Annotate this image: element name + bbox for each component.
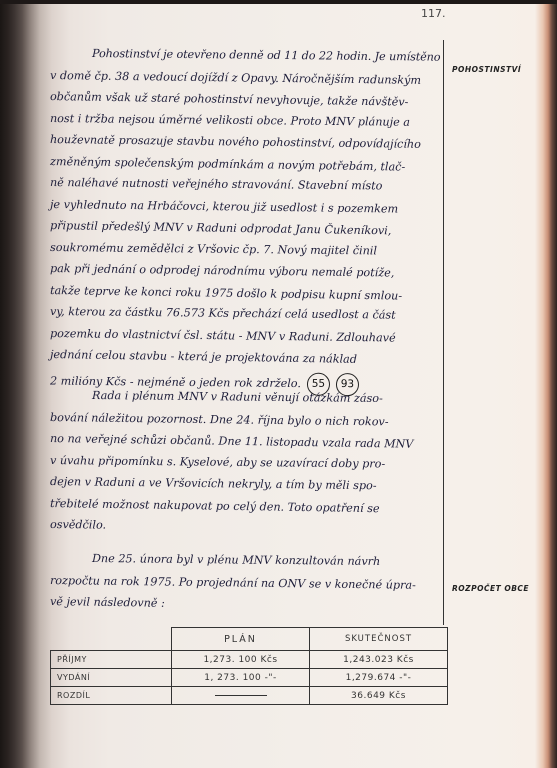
handwritten-line: vě jevil následovně : [50,595,165,610]
header-blank [51,628,172,651]
handwritten-line: pozemku do vlastnictví čsl. státu - MNV … [50,327,396,345]
row-label: ROZDÍL [51,687,172,705]
handwritten-line: houževnatě prosazuje stavbu nového pohos… [50,133,421,151]
handwritten-line: rozpočtu na rok 1975. Po projednání na O… [50,574,416,592]
handwritten-line: v úvahu připomínku s. Kyselové, aby se u… [50,454,385,471]
handwritten-line: jednání celou stavbu - která je projekto… [50,348,357,366]
margin-note-rozpocet: ROZPOČET OBCE [452,584,529,593]
table-row: ROZDÍL 36.649 Kčs [51,687,448,705]
row-label: VYDÁNÍ [51,669,172,687]
table-row: VYDÁNÍ 1, 273. 100 -"- 1,279.674 -"- [51,669,448,687]
margin-note-pohostinstvi: POHOSTINSTVÍ [452,65,521,74]
handwritten-line: soukromému zemědělci z Vršovic čp. 7. No… [50,241,377,257]
dash-line [215,695,267,696]
budget-header-row: PLÁN SKUTEČNOST [51,628,448,651]
handwritten-line: je vyhlednuto na Hrbáčovci, kterou již u… [50,198,398,216]
handwritten-line: osvědčilo. [50,518,106,532]
handwritten-line: Pohostinství je otevřeno denně od 11 do … [92,47,441,64]
table-row: PŘÍJMY 1,273. 100 Kčs 1,243.023 Kčs [51,651,448,669]
handwritten-line: Rada i plénum MNV v Raduni věnují otázká… [92,389,383,405]
handwritten-line: no na veřejné schůzi občanů. Dne 11. lis… [50,432,414,451]
handwritten-line: třebitelé možnost nakupovat po celý den.… [50,497,380,515]
handwritten-line: dejen v Raduni a ve Vršovicích nekryly, … [50,475,377,492]
handwritten-line: takže teprve ke konci roku 1975 došlo k … [50,284,402,303]
header-actual: SKUTEČNOST [310,628,448,651]
row-plan-empty [172,687,310,705]
handwritten-line: pak při jednání o odprodej národnímu výb… [50,262,394,280]
handwritten-line: vy, kterou za částku 76.573 Kčs přechází… [50,305,396,322]
handwritten-line: připustil předešlý MNV v Raduni odprodat… [50,219,392,237]
row-plan: 1,273. 100 Kčs [172,651,310,669]
handwritten-line: Dne 25. února byl v plénu MNV konzultová… [92,552,380,568]
margin-rule [443,40,444,625]
handwritten-line: změněným společenským podmínkám a novým … [50,155,405,174]
row-label: PŘÍJMY [51,651,172,669]
row-actual: 1,243.023 Kčs [310,651,448,669]
handwritten-line: v domě čp. 38 a vedoucí dojíždí z Opavy.… [50,69,421,87]
handwritten-line: ně naléhavé nutnosti veřejného stravován… [50,176,382,192]
handwritten-line: bování náležitou pozornost. Dne 24. říjn… [50,411,389,428]
row-actual: 36.649 Kčs [310,687,448,705]
page-number: 117. [421,7,446,20]
handwritten-line: občanům však už staré pohostinství nevyh… [50,90,409,109]
header-plan: PLÁN [172,628,310,651]
row-actual: 1,279.674 -"- [310,669,448,687]
handwritten-line: nost i tržba nejsou úměrné velikosti obc… [50,112,410,129]
chronicle-page: 117. POHOSTINSTVÍ ROZPOČET OBCE Pohostin… [0,0,557,768]
budget-table: PLÁN SKUTEČNOST PŘÍJMY 1,273. 100 Kčs 1,… [50,627,448,705]
row-plan: 1, 273. 100 -"- [172,669,310,687]
